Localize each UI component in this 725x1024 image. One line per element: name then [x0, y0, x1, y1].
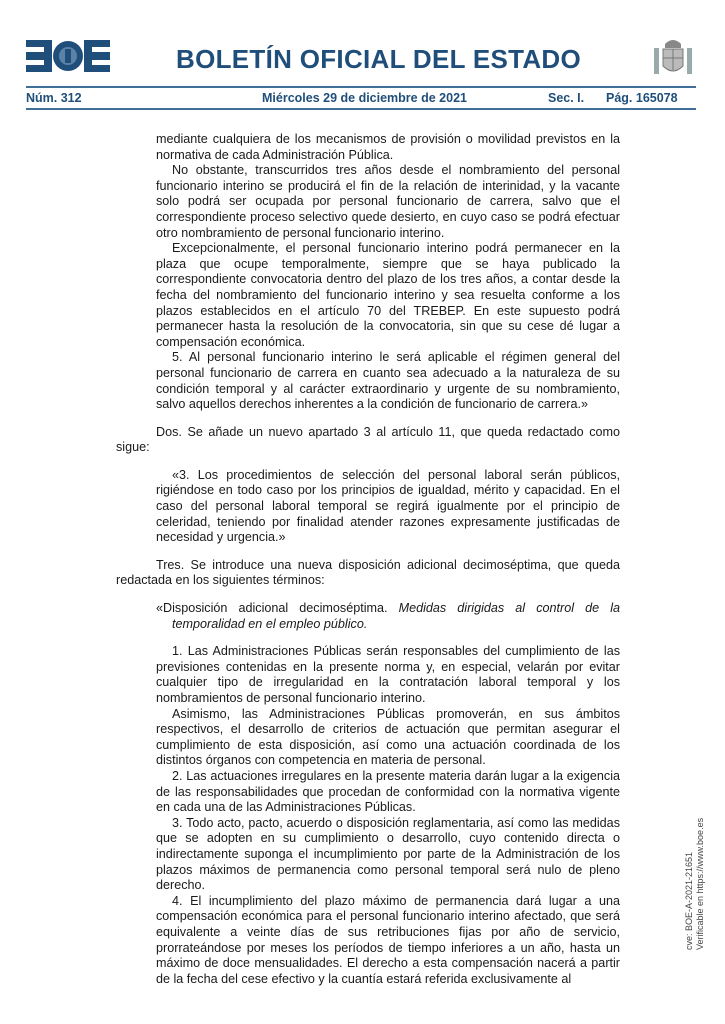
numbered-item: 2. Las actuaciones irregulares en la pre…	[156, 769, 620, 816]
paragraph: Asimismo, las Administraciones Públicas …	[156, 707, 620, 769]
page-header: BOLETÍN OFICIAL DEL ESTADO Núm. 312 Miér…	[0, 0, 725, 110]
header-rule-top	[26, 86, 696, 88]
section-label: Sec. I.	[548, 91, 584, 105]
coat-of-arms-icon	[652, 36, 694, 80]
amendment-dos: Dos. Se añade un nuevo apartado 3 al art…	[116, 425, 620, 456]
paragraph: mediante cualquiera de los mecanismos de…	[156, 132, 620, 163]
provision-heading: «Disposición adicional decimoséptima. Me…	[156, 601, 620, 632]
boe-logo-icon	[26, 40, 110, 72]
page-number: Pág. 165078	[606, 91, 678, 105]
numbered-item: 3. Todo acto, pacto, acuerdo o disposici…	[156, 816, 620, 894]
issue-date: Miércoles 29 de diciembre de 2021	[262, 91, 467, 105]
paragraph: 5. Al personal funcionario interino le s…	[156, 350, 620, 412]
verification-link[interactable]: Verificable en https://www.boe.es	[695, 818, 706, 950]
paragraph: Excepcionalmente, el personal funcionari…	[156, 241, 620, 350]
publication-title: BOLETÍN OFICIAL DEL ESTADO	[176, 44, 581, 75]
cve-code: cve: BOE-A-2021-21651	[684, 818, 695, 950]
verification-sidebar: cve: BOE-A-2021-21651 Verificable en htt…	[684, 818, 706, 950]
numbered-item: 1. Las Administraciones Públicas serán r…	[156, 644, 620, 706]
document-body: mediante cualquiera de los mecanismos de…	[156, 132, 620, 987]
numbered-item: 4. El incumplimiento del plazo máximo de…	[156, 894, 620, 988]
header-rule-bottom	[26, 108, 696, 110]
issue-number: Núm. 312	[26, 91, 82, 105]
amendment-tres: Tres. Se introduce una nueva disposición…	[116, 558, 620, 589]
paragraph: No obstante, transcurridos tres años des…	[156, 163, 620, 241]
quoted-paragraph: «3. Los procedimientos de selección del …	[156, 468, 620, 546]
provision-title: «Disposición adicional decimoséptima.	[156, 601, 388, 615]
